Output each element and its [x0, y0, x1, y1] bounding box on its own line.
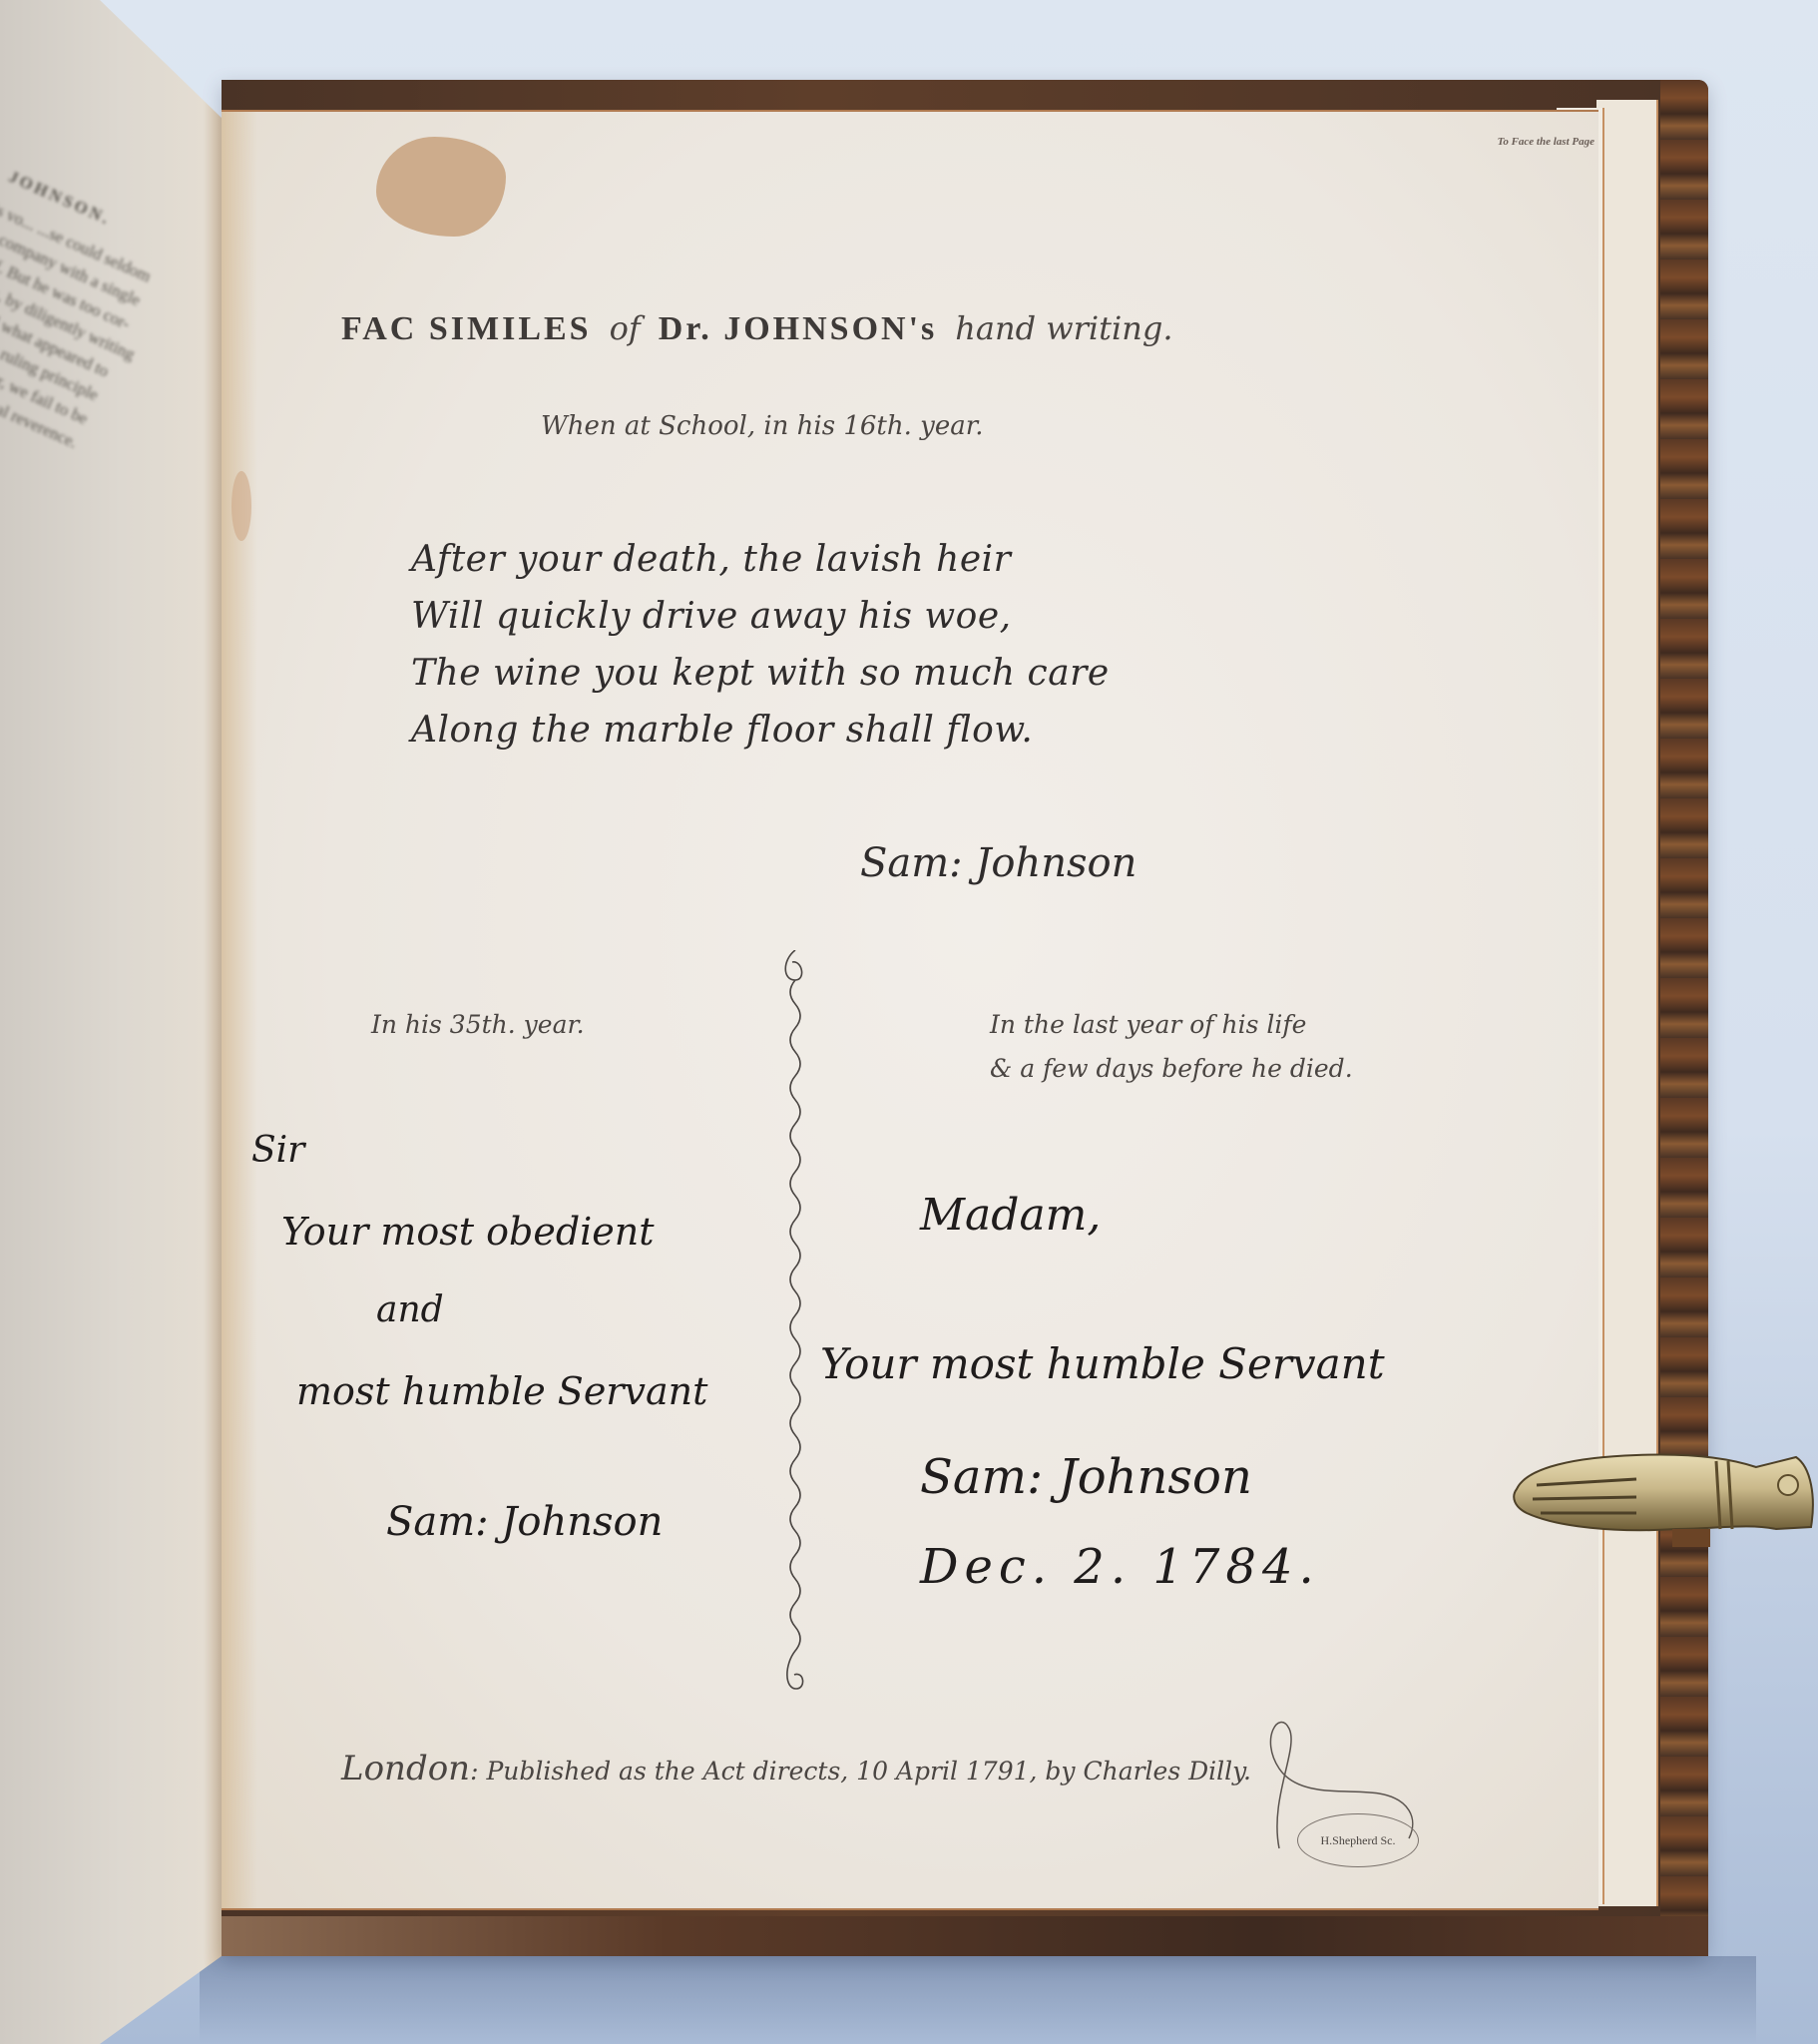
title-connector: of: [610, 309, 641, 347]
to-face-note: To Face the last Page: [1498, 136, 1594, 148]
gutter-shadow: [222, 112, 257, 1908]
title-dr-johnson: Dr. JOHNSON's: [659, 310, 938, 347]
handwriting-line: Your most obedient: [281, 1210, 655, 1254]
poem: After your death, the lavish heir Will q…: [411, 531, 1110, 759]
section-label-last-year-2: & a few days before he died.: [990, 1054, 1353, 1083]
hand-clasp-icon: [1497, 1437, 1818, 1547]
foxing-stain: [231, 471, 251, 541]
facsimile-plate: To Face the last Page FAC SIMILES of Dr.…: [222, 110, 1598, 1910]
wavy-divider: [780, 950, 810, 1699]
foxing-stain: [376, 137, 506, 237]
handwriting-line: Madam,: [920, 1190, 1101, 1241]
section-label-last-year: In the last year of his life: [990, 1010, 1306, 1039]
handwriting-line: Your most humble Servant: [820, 1339, 1385, 1388]
section-label-35th-year: In his 35th. year.: [371, 1010, 585, 1039]
imprint-text: : Published as the Act directs, 10 April…: [470, 1757, 1251, 1786]
poem-line: Will quickly drive away his woe,: [411, 588, 1110, 645]
section-label-school: When at School, in his 16th. year.: [541, 411, 984, 441]
handwriting-line: Sir: [251, 1130, 304, 1171]
signature-last-year: Sam: Johnson: [920, 1449, 1252, 1505]
title-fac-similes: FAC SIMILES: [341, 310, 592, 347]
table-shadow: [200, 1956, 1756, 2044]
signature-35th-year: Sam: Johnson: [386, 1499, 663, 1545]
date-line: Dec. 2. 1784.: [920, 1539, 1320, 1595]
title-hand-writing: hand writing.: [955, 309, 1172, 347]
signature-school: Sam: Johnson: [860, 840, 1136, 886]
handwriting-line: and: [376, 1289, 444, 1330]
cover-edge-bottom: [222, 1916, 1708, 1956]
poem-line: Along the marble floor shall flow.: [411, 702, 1110, 759]
page-stack-edge: [1596, 100, 1658, 1906]
plate-title: FAC SIMILES of Dr. JOHNSON's hand writin…: [341, 309, 1187, 348]
handwriting-line: most humble Servant: [296, 1369, 707, 1413]
imprint-city: London: [341, 1749, 470, 1788]
publisher-imprint: London: Published as the Act directs, 10…: [341, 1749, 1251, 1788]
engraver-credit: H.Shepherd Sc.: [1297, 1813, 1419, 1867]
left-page-text: JOHNSON. ... his vo... ...se could seldo…: [0, 140, 170, 455]
cover-edge: [1660, 80, 1708, 1956]
left-page: JOHNSON. ... his vo... ...se could seldo…: [0, 0, 222, 2044]
poem-line: The wine you kept with so much care: [411, 645, 1110, 702]
poem-line: After your death, the lavish heir: [411, 531, 1110, 588]
